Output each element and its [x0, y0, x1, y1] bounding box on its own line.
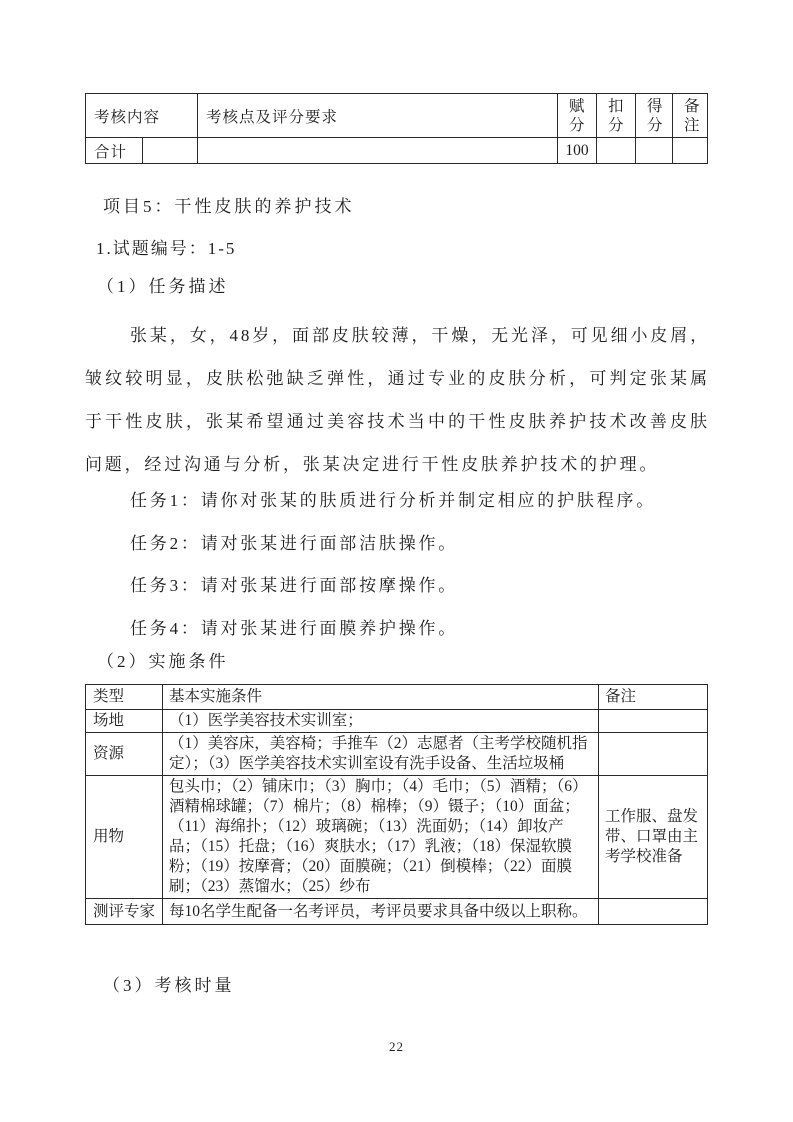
table-row-evaluators: 测评专家 每10名学生配备一名考评员，考评员要求具备中级以上职称。	[86, 899, 708, 925]
table-row-resources: 资源 （1）美容床，美容椅；手推车（2）志愿者（主考学校随机指定）；（3）医学美…	[86, 733, 708, 776]
header-exam-points: 考核点及评分要求	[198, 94, 558, 138]
task-3: 任务3：请对张某进行面部按摩操作。	[130, 565, 656, 608]
header-deducted-score: 扣分	[597, 94, 636, 138]
header-remarks: 备注	[673, 94, 708, 138]
conditions-header-row: 类型 基本实施条件 备注	[86, 685, 708, 710]
supplies-content: 包头巾；（2）铺床巾；（3）胸巾；（4）毛巾；（5）酒精；（6）酒精棉球罐；（7…	[163, 776, 599, 899]
resources-note	[599, 733, 708, 776]
supplies-type-label: 用物	[86, 776, 163, 899]
task-4: 任务4：请对张某进行面膜养护操作。	[130, 608, 656, 651]
header-gained-score: 得分	[636, 94, 673, 138]
total-sub-cell	[143, 138, 198, 164]
case-description-paragraph: 张某，女，48岁，面部皮肤较薄，干燥，无光泽，可见细小皮屑，皱纹较明显，皮肤松弛…	[85, 314, 710, 486]
header-note: 备注	[599, 685, 708, 710]
total-note-cell	[673, 138, 708, 164]
task-1: 任务1：请你对张某的肤质进行分析并制定相应的护肤程序。	[130, 480, 656, 523]
document-page: 考核内容 考核点及评分要求 赋分 扣分 得分 备注 合计 100 项目5：干性皮…	[0, 0, 793, 1122]
total-deduction-cell	[597, 138, 636, 164]
site-content: （1）医学美容技术实训室；	[163, 710, 599, 733]
task-list: 任务1：请你对张某的肤质进行分析并制定相应的护肤程序。 任务2：请对张某进行面部…	[130, 480, 656, 650]
total-label: 合计	[86, 138, 143, 164]
project-title: 项目5：干性皮肤的养护技术	[103, 197, 355, 217]
score-table-total-row: 合计 100	[86, 138, 708, 164]
evaluators-note	[599, 899, 708, 925]
header-basic-conditions: 基本实施条件	[163, 685, 599, 710]
page-number: 22	[0, 1039, 793, 1055]
table-row-site: 场地 （1）医学美容技术实训室；	[86, 710, 708, 733]
table-row-supplies: 用物 包头巾；（2）铺床巾；（3）胸巾；（4）毛巾；（5）酒精；（6）酒精棉球罐…	[86, 776, 708, 899]
site-type-label: 场地	[86, 710, 163, 733]
heading-implementation-conditions: （2）实施条件	[97, 652, 229, 672]
evaluators-type-label: 测评专家	[86, 899, 163, 925]
total-score-value: 100	[558, 138, 597, 164]
task-2: 任务2：请对张某进行面部洁肤操作。	[130, 523, 656, 566]
header-type: 类型	[86, 685, 163, 710]
supplies-note: 工作服、盘发带、口罩由主考学校准备	[599, 776, 708, 899]
score-table-header-row: 考核内容 考核点及评分要求 赋分 扣分 得分 备注	[86, 94, 708, 138]
score-summary-table: 考核内容 考核点及评分要求 赋分 扣分 得分 备注 合计 100	[85, 93, 708, 164]
total-requirements-cell	[198, 138, 558, 164]
total-gained-cell	[636, 138, 673, 164]
resources-content: （1）美容床，美容椅；手推车（2）志愿者（主考学校随机指定）；（3）医学美容技术…	[163, 733, 599, 776]
question-number: 1.试题编号：1-5	[96, 239, 236, 259]
header-exam-content: 考核内容	[86, 94, 198, 138]
header-assigned-score: 赋分	[558, 94, 597, 138]
resources-type-label: 资源	[86, 733, 163, 776]
site-note	[599, 710, 708, 733]
heading-task-description: （1）任务描述	[97, 277, 229, 297]
implementation-conditions-table: 类型 基本实施条件 备注 场地 （1）医学美容技术实训室； 资源 （1）美容床，…	[85, 684, 708, 925]
heading-exam-time: （3）考核时量	[103, 976, 235, 996]
evaluators-content: 每10名学生配备一名考评员，考评员要求具备中级以上职称。	[163, 899, 599, 925]
